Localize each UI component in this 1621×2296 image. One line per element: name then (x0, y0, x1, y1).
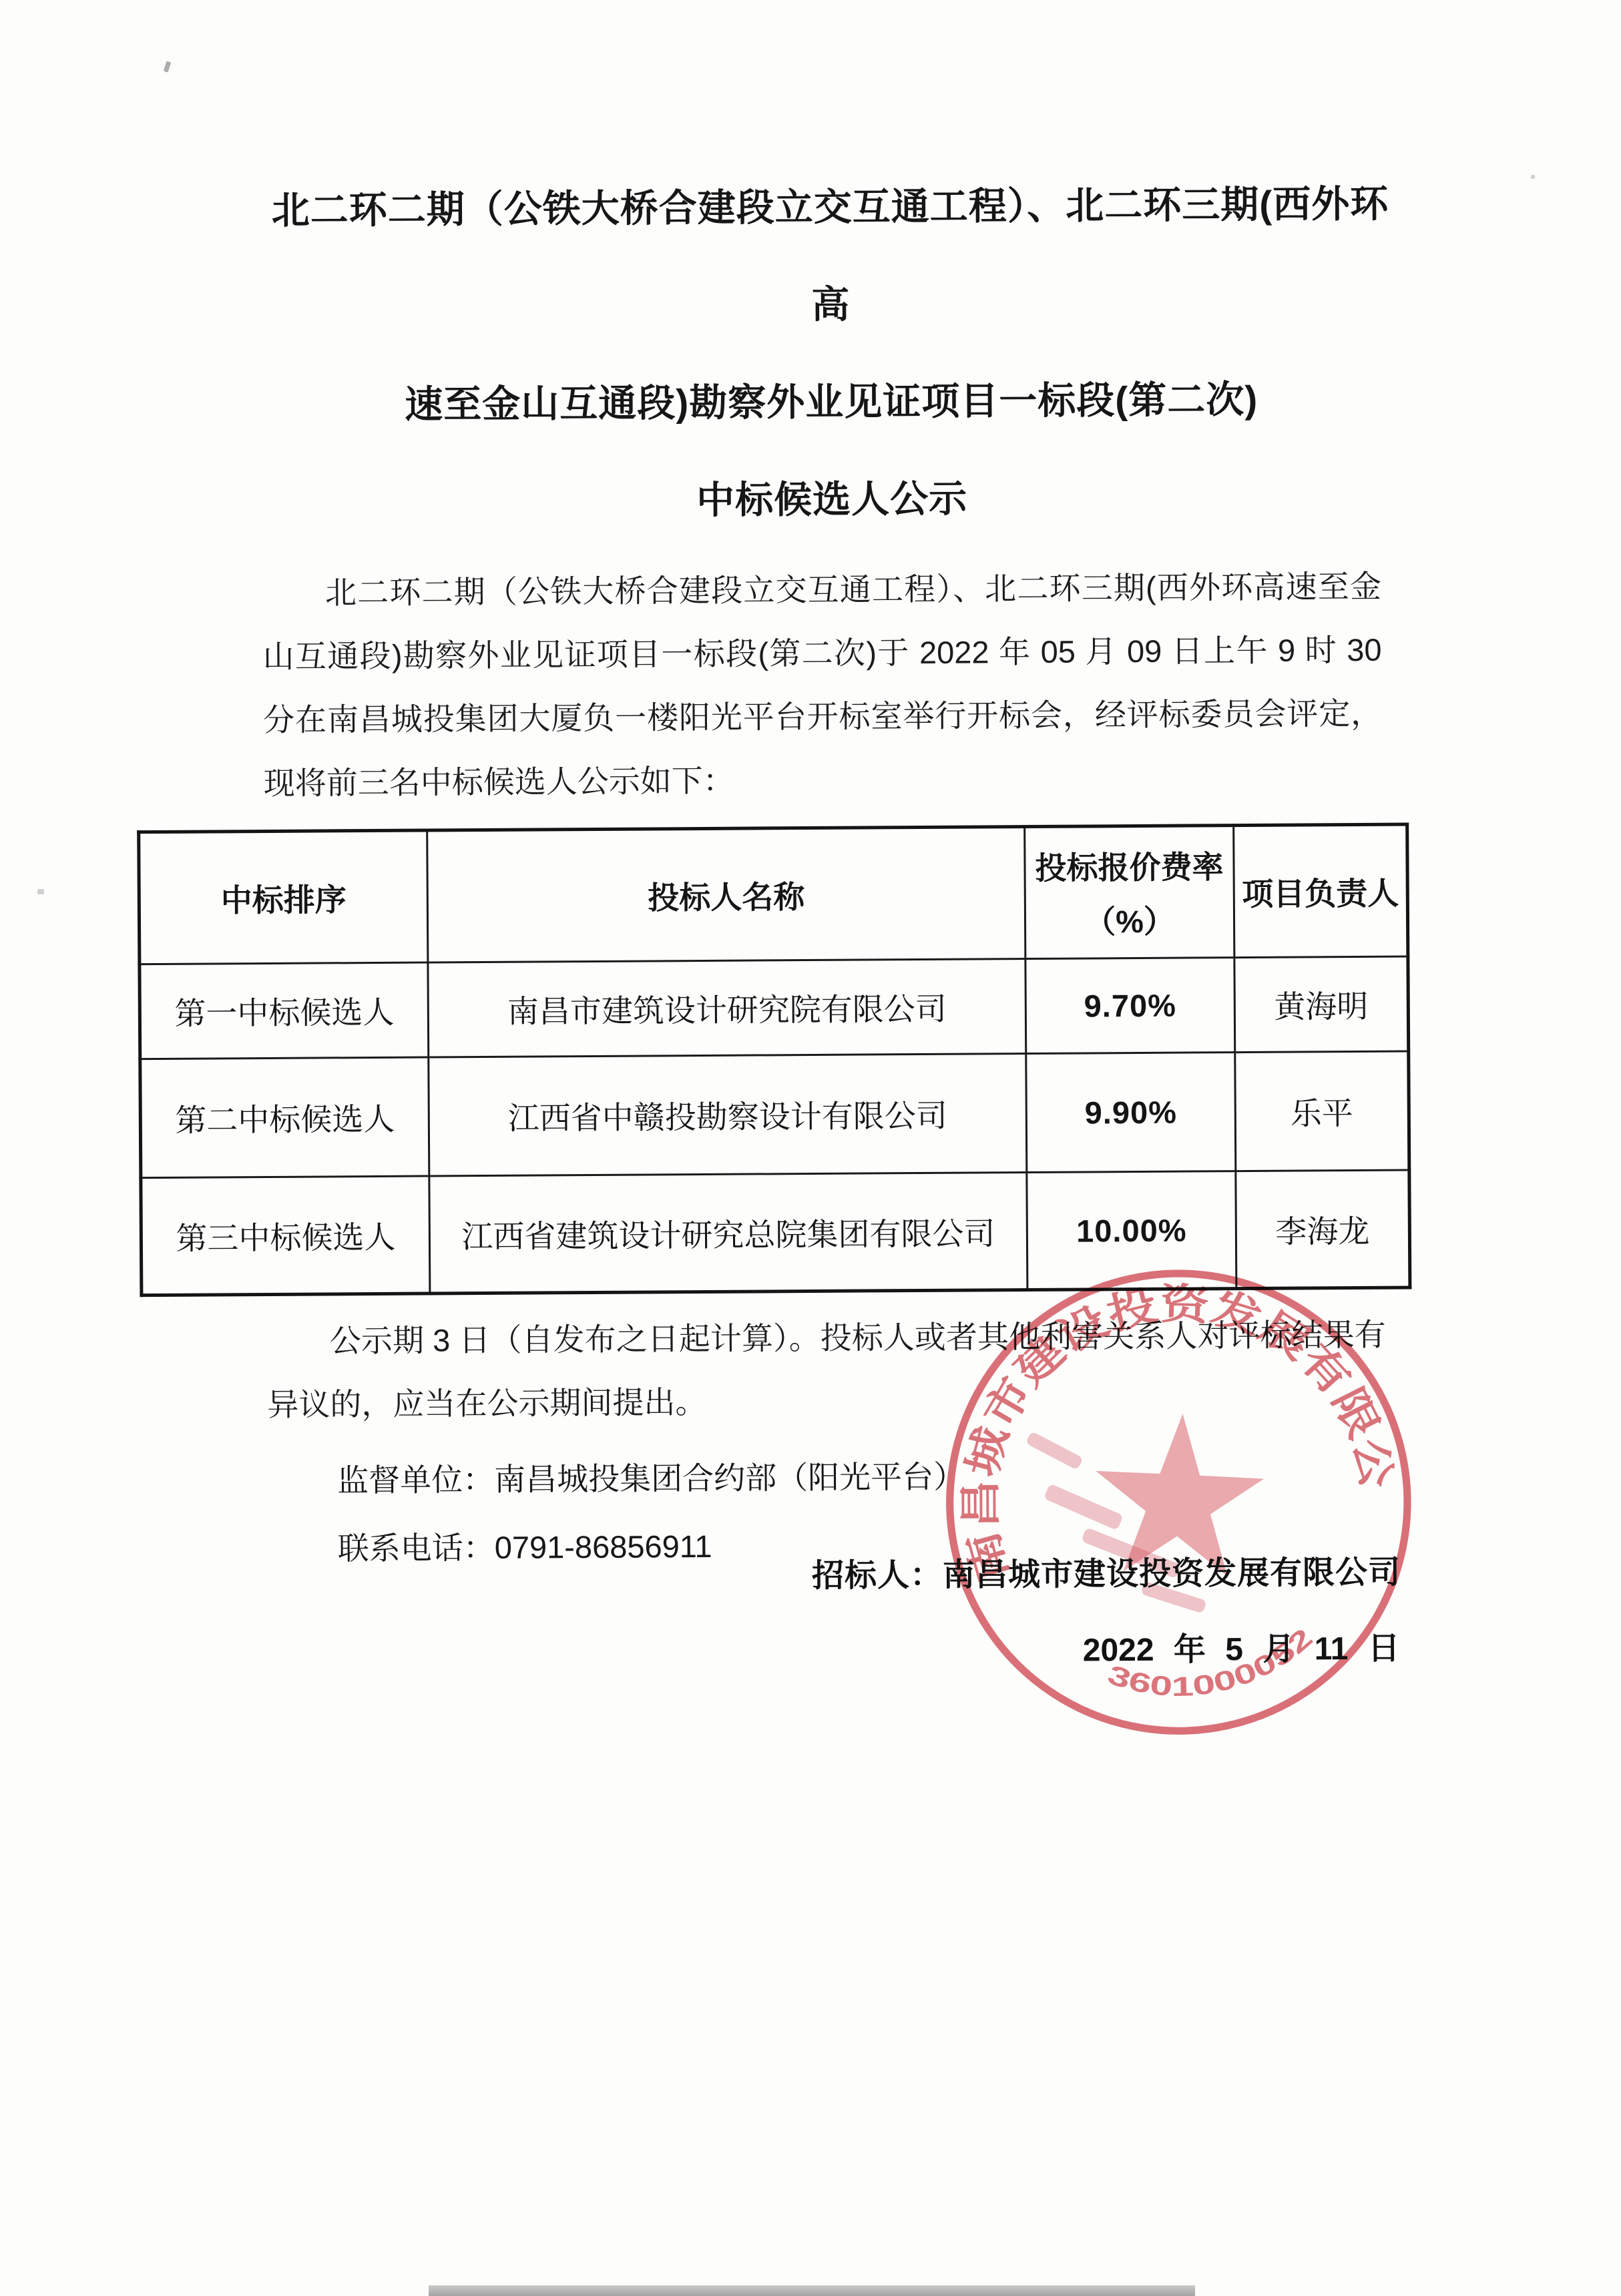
header-manager-label: 项目负责人 (1242, 875, 1399, 911)
header-bidder-label: 投标人名称 (648, 879, 804, 915)
cell-rank: 第三中标候选人 (141, 1176, 430, 1296)
cell-rate: 9.90% (1026, 1053, 1236, 1173)
title-line-3: 中标候选人公示 (259, 448, 1405, 552)
document-sheet: 北二环二期（公铁大桥合建段立交互通工程）、北二环三期(西外环高 速至金山互通段)… (0, 0, 1621, 2296)
tenderer-line: 招标人：南昌城市建设投资发展有限公司 (812, 1546, 1401, 1596)
cell-rate: 9.70% (1025, 958, 1235, 1054)
seal-graphic: 南昌城市建设投资发展有限公司 3601000052 (935, 1259, 1421, 1745)
table-header-row: 中标排序 投标人名称 投标报价费率 （%） 项目负责人 (139, 824, 1408, 964)
cell-manager: 乐平 (1235, 1051, 1409, 1171)
header-rank-label: 中标排序 (221, 882, 346, 918)
document-title: 北二环二期（公铁大桥合建段立交互通工程）、北二环三期(西外环高 速至金山互通段)… (257, 156, 1405, 552)
header-rate: 投标报价费率 （%） (1025, 826, 1234, 959)
scan-edge-artifact (429, 2285, 1195, 2296)
cell-rank: 第二中标候选人 (140, 1057, 429, 1178)
seal-company-text-container: 南昌城市建设投资发展有限公司 (935, 1259, 1403, 1596)
company-seal: 南昌城市建设投资发展有限公司 3601000052 (935, 1259, 1421, 1745)
cell-bidder: 南昌市建筑设计研究院有限公司 (428, 959, 1026, 1057)
scanned-document-page: 北二环二期（公铁大桥合建段立交互通工程）、北二环三期(西外环高 速至金山互通段)… (0, 0, 1621, 2296)
scan-speckle (1531, 175, 1535, 179)
header-rank: 中标排序 (139, 830, 428, 964)
header-rate-label: 投标报价费率 (1035, 849, 1223, 886)
cell-manager: 黄海明 (1234, 956, 1409, 1053)
intro-paragraph: 北二环二期（公铁大桥合建段立交互通工程）、北二环三期(西外环高速至金山互通段)勘… (262, 555, 1383, 815)
header-bidder: 投标人名称 (427, 827, 1025, 962)
signature-date: 2022 年 5 月 11 日 (1083, 1623, 1400, 1671)
candidates-table: 中标排序 投标人名称 投标报价费率 （%） 项目负责人 第一中标候 (137, 823, 1411, 1298)
cell-rank: 第一中标候选人 (140, 962, 429, 1059)
header-manager: 项目负责人 (1234, 824, 1408, 958)
table-row: 中标排序 投标人名称 投标报价费率 （%） 项目负责人 (139, 824, 1408, 964)
title-line-2: 速至金山互通段)勘察外业见证项目一标段(第二次) (258, 350, 1405, 455)
scan-speckle (37, 889, 44, 894)
table-row: 第一中标候选人 南昌市建筑设计研究院有限公司 9.70% 黄海明 (140, 956, 1409, 1059)
header-rate-unit: （%） (1031, 896, 1228, 942)
title-line-1: 北二环二期（公铁大桥合建段立交互通工程）、北二环三期(西外环高 (257, 156, 1404, 357)
seal-company-text: 南昌城市建设投资发展有限公司 (935, 1259, 1403, 1596)
cell-bidder: 江西省中赣投勘察设计有限公司 (429, 1054, 1027, 1176)
table-row: 第二中标候选人 江西省中赣投勘察设计有限公司 9.90% 乐平 (140, 1051, 1409, 1178)
